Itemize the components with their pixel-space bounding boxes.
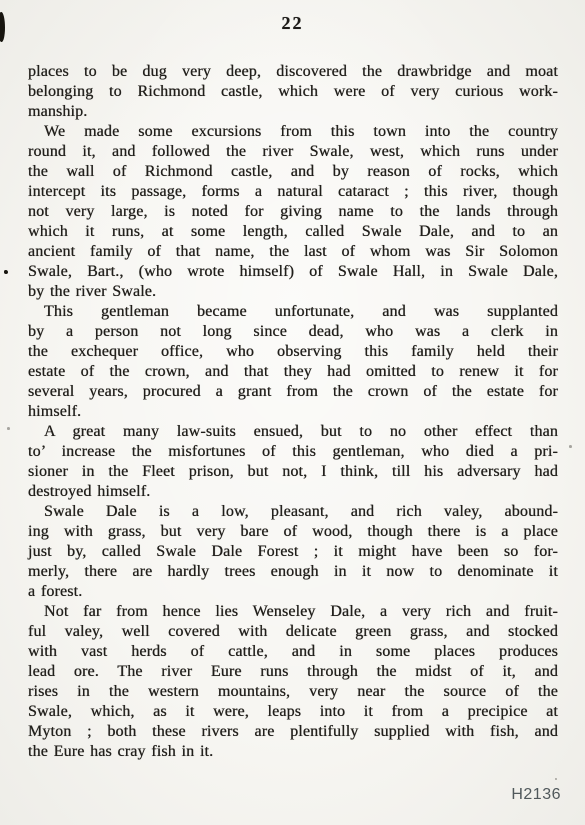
text-line: to’ increase the misfortunes of this gen… xyxy=(28,442,558,462)
text-line: We made some excursions from this town i… xyxy=(28,122,558,142)
page-text-block: places to be dug very deep, discovered t… xyxy=(28,62,558,762)
text-line: a forest. xyxy=(28,582,558,602)
text-line: destroyed himself. xyxy=(28,482,558,502)
paragraph: A great many law-suits ensued, but to no… xyxy=(28,422,558,502)
paragraph: places to be dug very deep, discovered t… xyxy=(28,62,558,122)
scan-artifact xyxy=(4,270,8,274)
scan-artifact xyxy=(569,445,572,448)
text-line: Swale, Bart., (who wrote himself) of Swa… xyxy=(28,262,558,282)
paragraph: Swale Dale is a low, pleasant, and rich … xyxy=(28,502,558,602)
text-line: ing with grass, but very bare of wood, t… xyxy=(28,522,558,542)
text-line: lead ore. The river Eure runs through th… xyxy=(28,662,558,682)
text-line: manship. xyxy=(28,102,558,122)
scan-artifact xyxy=(7,427,10,430)
text-line: belonging to Richmond castle, which were… xyxy=(28,82,558,102)
paragraph: This gentleman became unfortunate, and w… xyxy=(28,302,558,422)
text-line: not very large, is noted for giving name… xyxy=(28,202,558,222)
text-line: ancient family of that name, the last of… xyxy=(28,242,558,262)
text-line: the exchequer office, who observing this… xyxy=(28,342,558,362)
text-line: This gentleman became unfortunate, and w… xyxy=(28,302,558,322)
scan-artifact xyxy=(555,778,557,780)
catalog-stamp: H2136 xyxy=(511,786,561,804)
text-line: Myton ; both these rivers are plentifull… xyxy=(28,722,558,742)
text-line: merly, there are hardly trees enough in … xyxy=(28,562,558,582)
text-line: several years, procured a grant from the… xyxy=(28,382,558,402)
text-line: the Eure has cray fish in it. xyxy=(28,742,558,762)
text-line: estate of the crown, and that they had o… xyxy=(28,362,558,382)
text-line: Swale Dale is a low, pleasant, and rich … xyxy=(28,502,558,522)
text-line: by a person not long since dead, who was… xyxy=(28,322,558,342)
text-line: the wall of Richmond castle, and by reas… xyxy=(28,162,558,182)
text-line: by the river Swale. xyxy=(28,282,558,302)
paragraph: We made some excursions from this town i… xyxy=(28,122,558,302)
text-line: Swale, which, as it were, leaps into it … xyxy=(28,702,558,722)
text-line: just by, called Swale Dale Forest ; it m… xyxy=(28,542,558,562)
paragraph: Not far from hence lies Wenseley Dale, a… xyxy=(28,602,558,762)
text-line: sioner in the Fleet prison, but not, I t… xyxy=(28,462,558,482)
text-line: with vast herds of cattle, and in some p… xyxy=(28,642,558,662)
text-line: ful valey, well covered with delicate gr… xyxy=(28,622,558,642)
text-line: which it runs, at some length, called Sw… xyxy=(28,222,558,242)
text-line: himself. xyxy=(28,402,558,422)
text-line: round it, and followed the river Swale, … xyxy=(28,142,558,162)
text-line: intercept its passage, forms a natural c… xyxy=(28,182,558,202)
text-line: places to be dug very deep, discovered t… xyxy=(28,62,558,82)
text-line: Not far from hence lies Wenseley Dale, a… xyxy=(28,602,558,622)
page-number: 22 xyxy=(0,13,585,34)
text-line: rises in the western mountains, very nea… xyxy=(28,682,558,702)
text-line: A great many law-suits ensued, but to no… xyxy=(28,422,558,442)
